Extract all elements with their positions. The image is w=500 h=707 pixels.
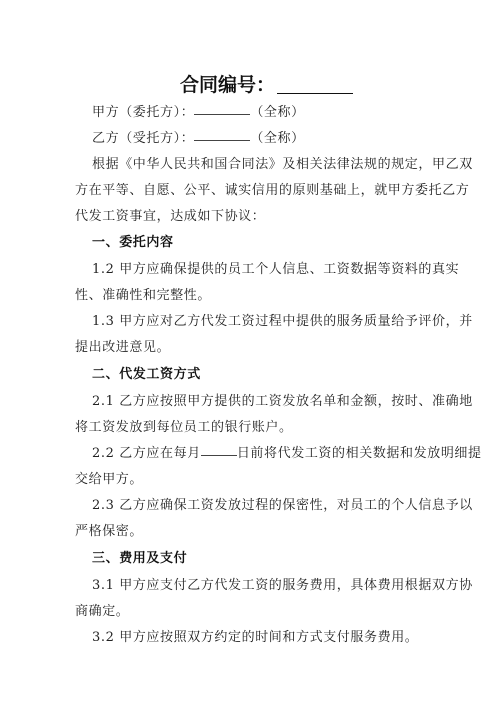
preamble-line: 根据《中华人民共和国合同法》及相关法律法规的规定，甲乙双	[92, 157, 473, 173]
clause-line: 交给甲方。	[75, 472, 143, 488]
clause-line-with-blank: 2.2 乙方应在每月日前将代发工资的相关数据和发放明细提	[92, 446, 482, 462]
party-b-blank	[194, 139, 250, 141]
clause-text: 2.2 乙方应在每月	[92, 446, 201, 461]
clause-line: 性、准确性和完整性。	[75, 288, 211, 304]
preamble-line: 方在平等、自愿、公平、诚实信用的原则基础上，就甲方委托乙方	[75, 183, 469, 199]
clause-line: 商确定。	[75, 604, 129, 620]
clause-line: 提出改进意见。	[75, 340, 170, 356]
clause-text: 日前将代发工资的相关数据和发放明细提	[237, 446, 482, 461]
day-blank	[201, 454, 237, 456]
party-b-line: 乙方（受托方）：（全称）	[92, 131, 305, 147]
title-label: 合同编号：	[180, 74, 275, 96]
party-b-label: 乙方（受托方）：	[92, 131, 194, 146]
party-a-suffix: （全称）	[250, 105, 304, 120]
preamble-line: 代发工资事宜，达成如下协议：	[75, 209, 265, 225]
clause-line: 2.3 乙方应确保工资发放过程的保密性，对员工的个人信息予以	[92, 498, 473, 514]
clause-line: 3.2 甲方应按照双方约定的时间和方式支付服务费用。	[92, 630, 418, 646]
party-b-suffix: （全称）	[250, 131, 304, 146]
section-heading-2: 二、代发工资方式	[92, 367, 201, 383]
contract-number-title: 合同编号：	[180, 70, 350, 97]
clause-line: 将工资发放到每位员工的银行账户。	[75, 420, 293, 436]
clause-line: 严格保密。	[75, 524, 143, 540]
clause-line: 1.2 甲方应确保提供的员工个人信息、工资数据等资料的真实	[92, 262, 459, 278]
party-a-blank	[194, 113, 250, 115]
contract-number-blank	[277, 92, 353, 94]
section-heading-3: 三、费用及支付	[92, 551, 187, 567]
clause-line: 3.1 甲方应支付乙方代发工资的服务费用，具体费用根据双方协	[92, 578, 473, 594]
clause-line: 1.3 甲方应对乙方代发工资过程中提供的服务质量给予评价，并	[92, 314, 473, 330]
section-heading-1: 一、委托内容	[92, 235, 174, 251]
party-a-label: 甲方（委托方）：	[92, 105, 194, 120]
party-a-line: 甲方（委托方）：（全称）	[92, 105, 305, 121]
clause-line: 2.1 乙方应按照甲方提供的工资发放名单和金额，按时、准确地	[92, 394, 473, 410]
